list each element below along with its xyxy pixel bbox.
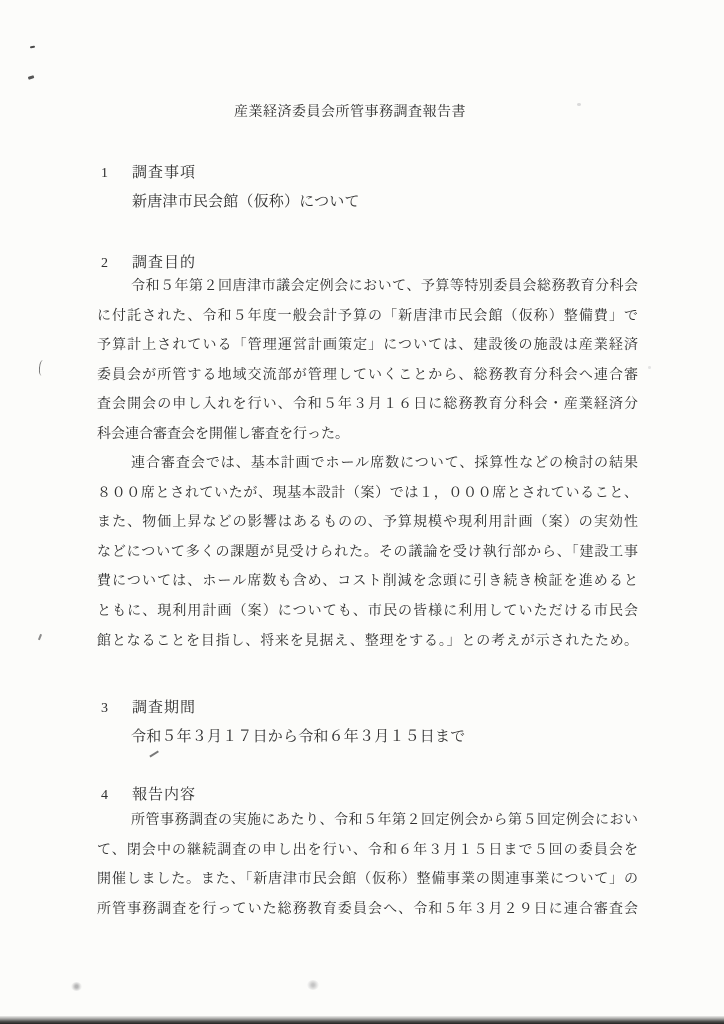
scanner-edge-shadow bbox=[0, 1016, 724, 1024]
section-4-heading: 4報告内容 bbox=[101, 783, 196, 804]
section-1-heading: 1調査事項 bbox=[101, 161, 196, 182]
section-4-paragraphs: 所管事務調査の実施にあたり、令和５年第２回定例会から第５回定例会におい て、閉会… bbox=[97, 806, 638, 924]
scan-artifact-speck bbox=[28, 75, 34, 79]
section-1-number: 1 bbox=[101, 166, 111, 182]
section-3-number: 3 bbox=[101, 701, 111, 717]
scan-artifact-speck bbox=[30, 46, 35, 49]
section-4-heading-label: 報告内容 bbox=[132, 787, 196, 803]
section-2-number: 2 bbox=[101, 256, 111, 272]
scan-artifact-faint-dot bbox=[648, 366, 651, 369]
scan-artifact-faint-blob bbox=[71, 982, 82, 991]
section-2-paragraphs: 令和５年第２回唐津市議会定例会において、予算等特別委員会総務教育分科会 に付託さ… bbox=[97, 272, 638, 656]
paragraph-line: 所管事務調査を行っていた総務教育委員会へ、令和５年３月２９日に連合審査会 bbox=[97, 895, 638, 925]
paragraph-line: に付託された、令和５年度一般会計予算の「新唐津市民会館（仮称）整備費」で bbox=[97, 302, 638, 332]
paragraph-line: 査会開会の申し入れを行い、令和５年３月１６日に総務教育分科会・産業経済分 bbox=[97, 390, 638, 420]
paragraph-line: ともに、現利用計画（案）についても、市民の皆様に利用していただける市民会 bbox=[97, 597, 638, 627]
section-3-content-line: 令和５年３月１７日から令和６年３月１５日まで bbox=[131, 725, 465, 746]
paragraph-line: ８００席とされていたが、現基本設計（案）では１，０００席とされていること、 bbox=[97, 479, 638, 509]
section-1-content-line: 新唐津市民会館（仮称）について bbox=[132, 190, 360, 211]
scan-artifact-slash-mark bbox=[149, 750, 158, 757]
scanned-document-page: 産業経済委員会所管事務調査報告書 1調査事項 新唐津市民会館（仮称）について 2… bbox=[0, 0, 724, 1024]
paragraph-line: 館となることを目指し、将来を見据え、整理をする。」との考えが示されたため。 bbox=[97, 627, 638, 657]
section-3-heading-label: 調査期間 bbox=[132, 700, 196, 716]
paragraph-line: 所管事務調査の実施にあたり、令和５年第２回定例会から第５回定例会におい bbox=[97, 806, 638, 836]
paragraph-line: 費については、ホール席数も含め、コスト削減を念頭に引き続き検証を進めると bbox=[97, 567, 638, 597]
section-2-heading: 2調査目的 bbox=[101, 251, 196, 272]
paragraph-line: 科会連合審査会を開催し審査を行った。 bbox=[97, 420, 638, 450]
document-title: 産業経済委員会所管事務調査報告書 bbox=[0, 101, 700, 121]
scan-artifact-tick-mark bbox=[38, 634, 42, 640]
paragraph-line: 令和５年第２回唐津市議会定例会において、予算等特別委員会総務教育分科会 bbox=[97, 272, 638, 302]
section-4-number: 4 bbox=[101, 788, 111, 804]
section-1-heading-label: 調査事項 bbox=[132, 165, 196, 181]
paragraph-line: て、閉会中の継続調査の申し出を行い、令和６年３月１５日まで５回の委員会を bbox=[97, 836, 638, 866]
scan-artifact-faint-blob bbox=[307, 980, 319, 990]
paragraph-line: 予算計上されている「管理運営計画策定」については、建設後の施設は産業経済 bbox=[97, 331, 638, 361]
paragraph-line: 開催しました。また、「新唐津市民会館（仮称）整備事業の関連事業について」の bbox=[97, 865, 638, 895]
paragraph-line: 委員会が所管する地域交流部が管理していくことから、総務教育分科会へ連合審 bbox=[97, 361, 638, 391]
section-3-heading: 3調査期間 bbox=[101, 696, 196, 717]
section-2-heading-label: 調査目的 bbox=[132, 255, 196, 271]
scan-artifact-paren-mark bbox=[38, 360, 46, 377]
paragraph-line: などについて多くの課題が見受けられた。その議論を受け執行部から、「建設工事 bbox=[97, 538, 638, 568]
paragraph-line: また、物価上昇などの影響はあるものの、予算規模や現利用計画（案）の実効性 bbox=[97, 508, 638, 538]
paragraph-line: 連合審査会では、基本計画でホール席数について、採算性などの検討の結果 bbox=[97, 449, 638, 479]
